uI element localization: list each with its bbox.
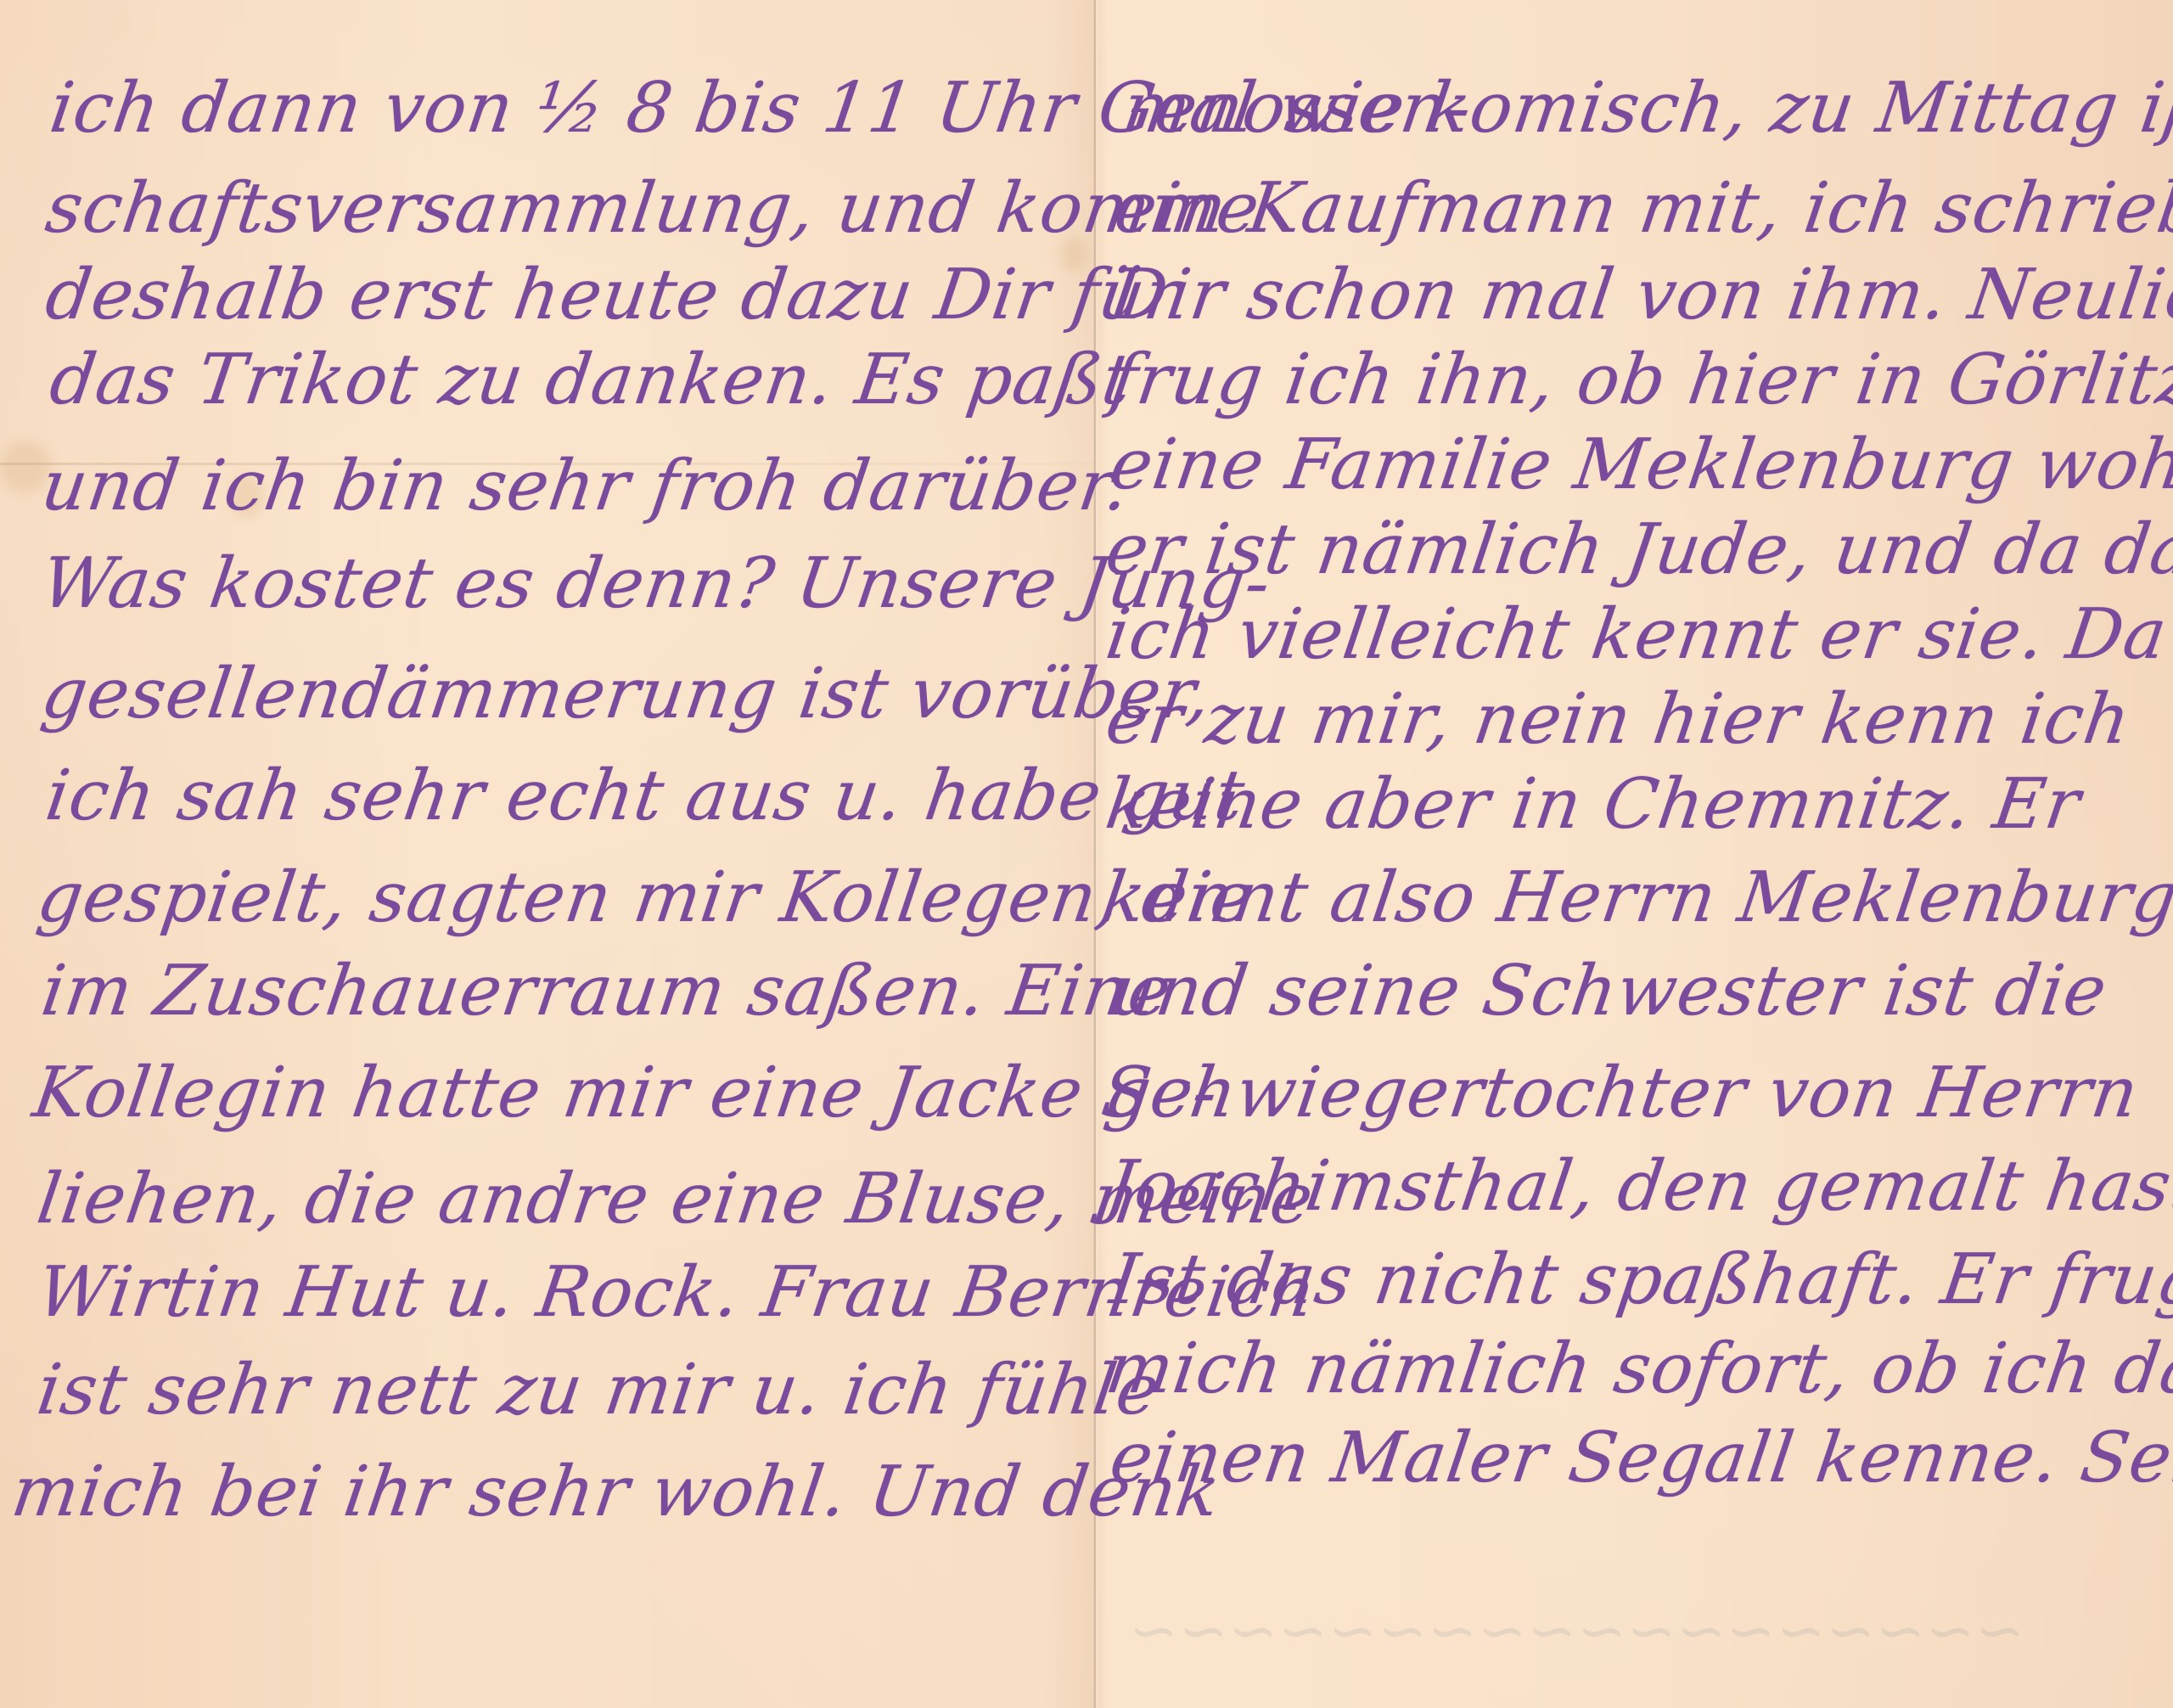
- letter-line: Ist das nicht spaßhaft. Er frug: [1105, 1239, 2173, 1320]
- letter-line: schaftsversammlung, und komme: [41, 168, 1265, 249]
- letter-line: ich sah sehr echt aus u. habe gut: [41, 756, 1249, 836]
- letter-line: frug ich ihn, ob hier in Görlitz: [1105, 340, 2173, 420]
- letter-line: Dir schon mal von ihm. Neulich: [1105, 255, 2173, 335]
- letter-line: er ist nämlich Jude, und da dachte: [1101, 509, 2173, 590]
- letter-line: und seine Schwester ist die: [1105, 951, 2112, 1031]
- letter-line: Joachimsthal, den gemalt hast.: [1101, 1146, 2173, 1227]
- letter-line: mal wie komisch, zu Mittag ißt hier: [1118, 68, 2173, 149]
- letter-line: er zu mir, nein hier kenn ich: [1101, 679, 2136, 760]
- letter-line: eine Familie Meklenburg wohnte: [1105, 424, 2173, 505]
- letter-line: mich bei ihr sehr wohl. Und denk: [7, 1452, 1225, 1532]
- letter-line: im Zuschauerraum saßen. Eine: [36, 951, 1176, 1031]
- letter-line: kennt also Herrn Meklenburg,: [1097, 857, 2173, 938]
- letter-line: Kollegin hatte mir eine Jacke ge-: [28, 1053, 1223, 1133]
- letter-line: deshalb erst heute dazu Dir für: [41, 255, 1185, 335]
- letter-line: Schwiegertochter von Herrn: [1097, 1053, 2143, 1133]
- right-page: mal wie komisch, zu Mittag ißt hier ein …: [1098, 0, 2173, 1708]
- letter-line: und ich bin sehr froh darüber.: [36, 446, 1134, 526]
- letter-line: gesellendämmerung ist vorüber,: [36, 654, 1216, 734]
- letter-line: das Trikot zu danken. Es paßt: [45, 340, 1137, 420]
- letter-line: Was kostet es denn? Unsere Jung-: [36, 543, 1276, 624]
- letter-scan: ~~~~~~~~~~~~~~~~~~ ich dann von ½ 8 bis …: [0, 0, 2173, 1708]
- letter-line: gespielt, sagten mir Kollegen, die: [32, 857, 1259, 938]
- letter-line: einen Maler Segall kenne. Seine: [1105, 1418, 2173, 1498]
- letter-line: ein Kaufmann mit, ich schrieb: [1109, 168, 2173, 249]
- letter-line: mich nämlich sofort, ob ich da: [1101, 1329, 2173, 1409]
- letter-line: ist sehr nett zu mir u. ich fühle: [32, 1350, 1165, 1430]
- left-page: ich dann von ½ 8 bis 11 Uhr Genossen- sc…: [0, 0, 1093, 1708]
- letter-line: keine aber in Chemnitz. Er: [1101, 764, 2086, 845]
- letter-line: ich vielleicht kennt er sie. Da sagt: [1101, 594, 2173, 675]
